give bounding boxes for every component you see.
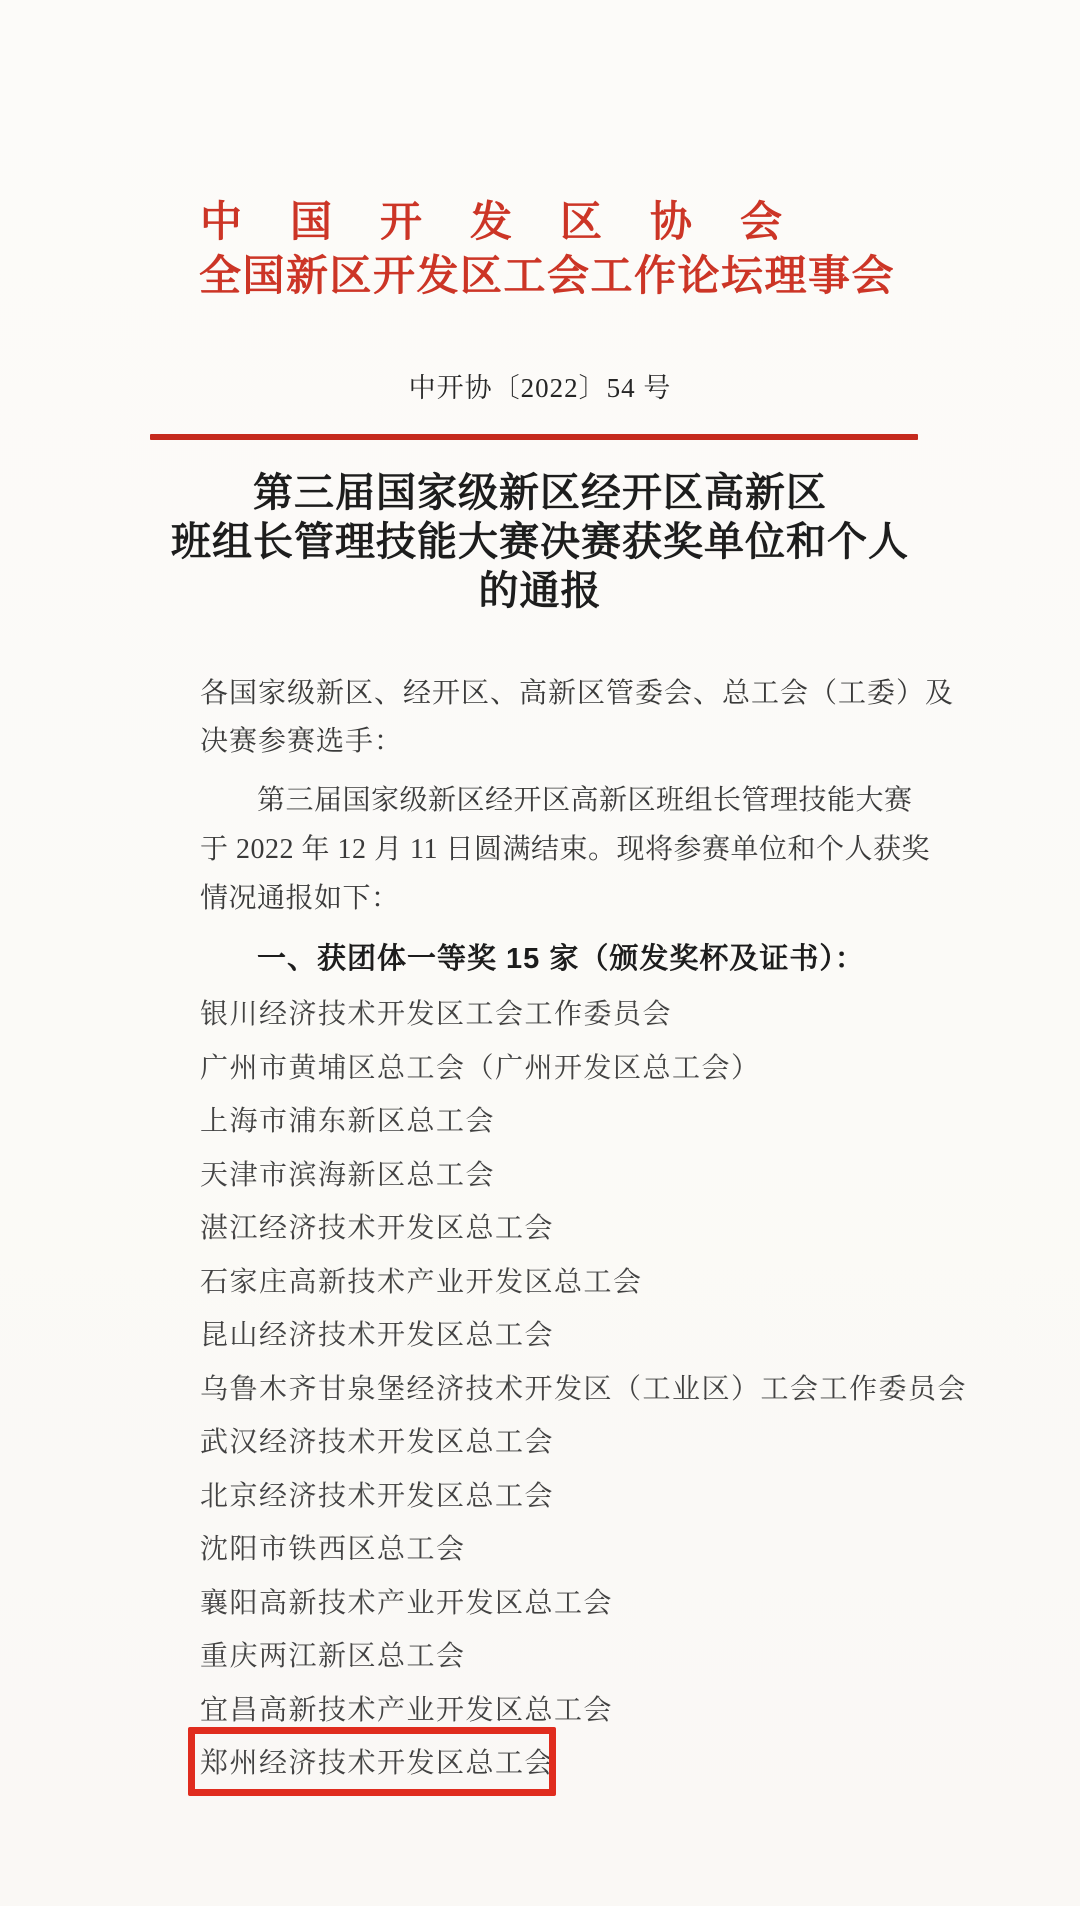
section-heading-first-prize: 一、获团体一等奖 15 家（颁发奖杯及证书）： bbox=[200, 936, 865, 977]
paragraph-line3: 情况通报如下： bbox=[200, 874, 960, 923]
list-item: 襄阳高新技术产业开发区总工会 bbox=[200, 1577, 970, 1631]
list-item: 昆山经济技术开发区总工会 bbox=[200, 1309, 970, 1363]
list-item: 广州市黄埔区总工会（广州开发区总工会） bbox=[200, 1042, 970, 1096]
paragraph-line2: 于 2022 年 12 月 11 日圆满结束。现将参赛单位和个人获奖 bbox=[200, 825, 960, 874]
salutation-line2: 决赛参赛选手： bbox=[200, 718, 960, 766]
list-item: 武汉经济技术开发区总工会 bbox=[200, 1416, 970, 1470]
document-number: 中开协〔2022〕54 号 bbox=[165, 366, 915, 405]
letterhead-org-name: 中国开发区协会 bbox=[200, 200, 830, 246]
list-item: 天津市滨海新区总工会 bbox=[200, 1149, 970, 1203]
list-item: 上海市浦东新区总工会 bbox=[200, 1095, 970, 1149]
list-item: 北京经济技术开发区总工会 bbox=[200, 1470, 970, 1524]
document-title-line3: 的通报 bbox=[158, 566, 922, 615]
document-title-line2: 班组长管理技能大赛决赛获奖单位和个人 bbox=[158, 517, 922, 566]
list-item: 石家庄高新技术产业开发区总工会 bbox=[200, 1256, 970, 1310]
list-item: 湛江经济技术开发区总工会 bbox=[200, 1202, 970, 1256]
list-item: 乌鲁木齐甘泉堡经济技术开发区（工业区）工会工作委员会 bbox=[200, 1363, 970, 1417]
highlight-box bbox=[188, 1727, 556, 1796]
opening-paragraph: 第三届国家级新区经开区高新区班组长管理技能大赛 于 2022 年 12 月 11… bbox=[200, 776, 960, 923]
scanned-document-page: 中国开发区协会 全国新区开发区工会工作论坛理事会 中开协〔2022〕54 号 第… bbox=[0, 0, 1080, 1906]
paragraph-line1: 第三届国家级新区经开区高新区班组长管理技能大赛 bbox=[200, 776, 960, 825]
list-item: 沈阳市铁西区总工会 bbox=[200, 1523, 970, 1577]
salutation-line1: 各国家级新区、经开区、高新区管委会、总工会（工委）及 bbox=[200, 670, 960, 718]
list-item: 重庆两江新区总工会 bbox=[200, 1630, 970, 1684]
document-title: 第三届国家级新区经开区高新区 班组长管理技能大赛决赛获奖单位和个人 的通报 bbox=[158, 468, 922, 615]
letterhead-org-subname: 全国新区开发区工会工作论坛理事会 bbox=[199, 254, 895, 300]
list-item: 银川经济技术开发区工会工作委员会 bbox=[200, 988, 970, 1042]
document-title-line1: 第三届国家级新区经开区高新区 bbox=[158, 468, 922, 517]
letterhead-divider-rule bbox=[150, 434, 918, 440]
award-winner-list: 银川经济技术开发区工会工作委员会 广州市黄埔区总工会（广州开发区总工会） 上海市… bbox=[200, 988, 970, 1791]
salutation: 各国家级新区、经开区、高新区管委会、总工会（工委）及 决赛参赛选手： bbox=[200, 670, 960, 766]
